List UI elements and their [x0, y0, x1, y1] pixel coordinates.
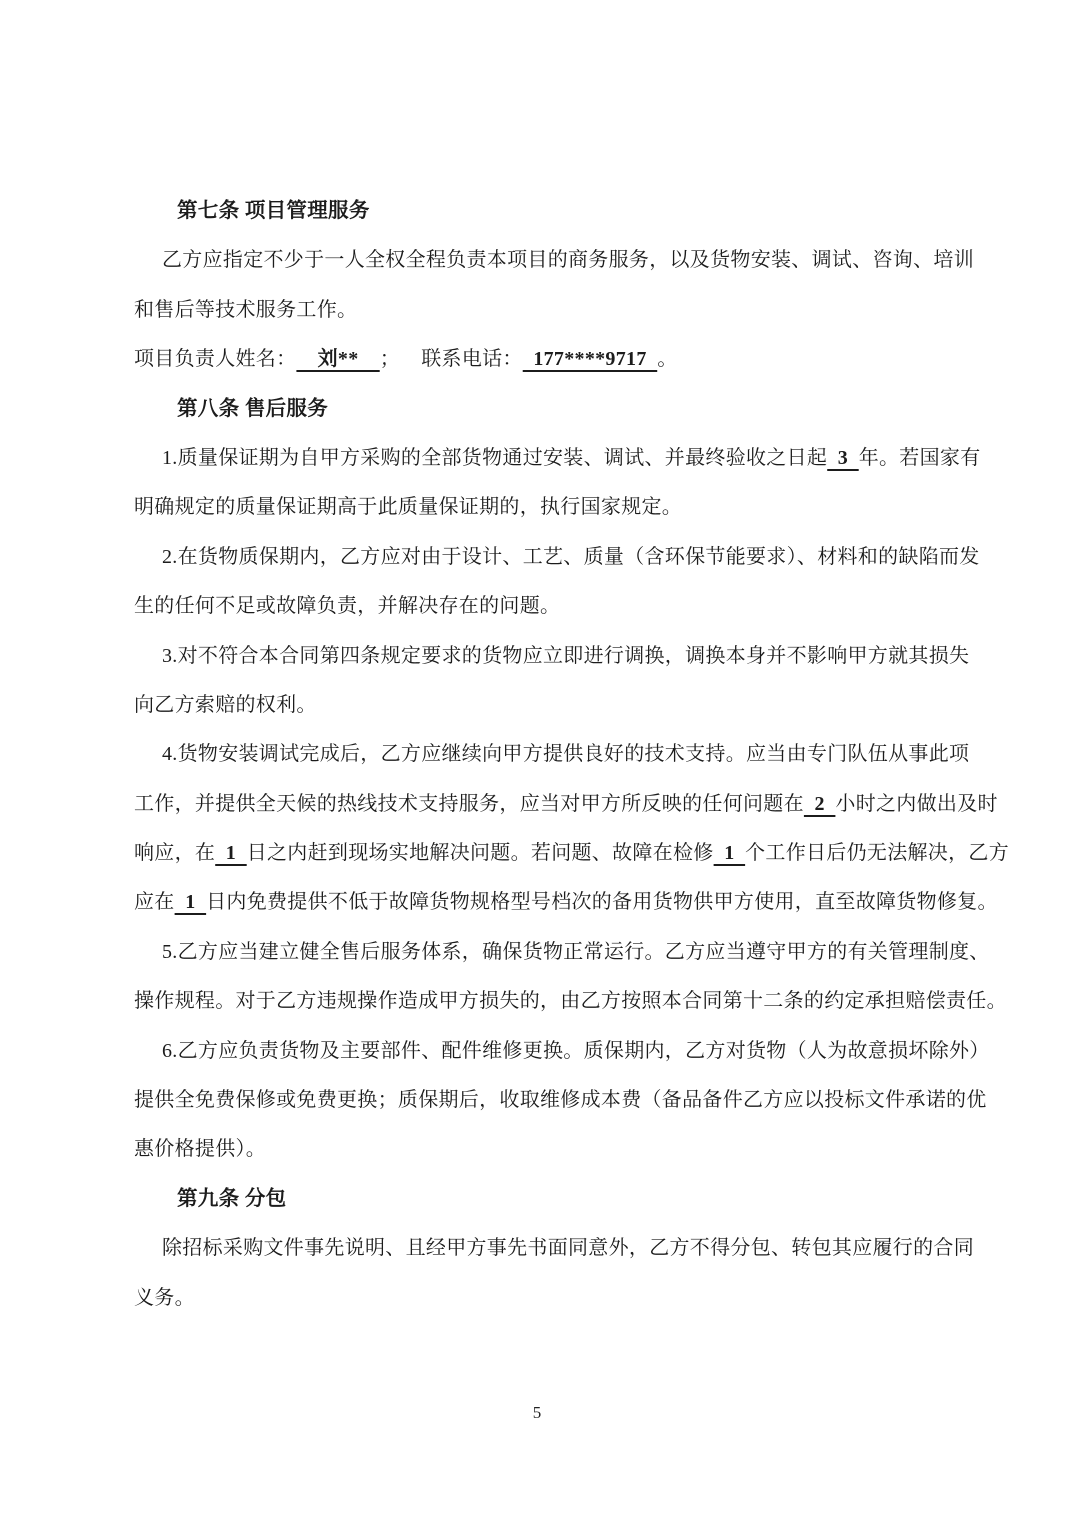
text-run: 1.质量保证期为自甲方采购的全部货物通过安装、调试、并最终验收之日起 [162, 447, 827, 469]
text-line: 3.对不符合本合同第四条规定要求的货物应立即进行调换，调换本身并不影响甲方就其损… [134, 632, 948, 681]
text-run: 小时之内做出及时 [835, 793, 997, 815]
text-line: 和售后等技术服务工作。 [134, 286, 948, 335]
section-heading: 第八条 售后服务 [134, 385, 948, 434]
text-line: 1.质量保证期为自甲方采购的全部货物通过安装、调试、并最终验收之日起 3 年。若… [134, 434, 948, 483]
text-line: 响应，在 1 日之内赶到现场实地解决问题。若问题、故障在检修 1 个工作日后仍无… [134, 829, 948, 878]
text-line: 除招标采购文件事先说明、且经甲方事先书面同意外，乙方不得分包、转包其应履行的合同 [134, 1224, 948, 1273]
text-line: 项目负责人姓名： 刘** ； 联系电话： 177****9717 。 [134, 335, 948, 384]
filled-blank: 1 [215, 842, 247, 864]
text-run: 2.在货物质保期内，乙方应对由于设计、工艺、质量（含环保节能要求）、材料和的缺陷… [162, 546, 980, 568]
text-run: 惠价格提供）。 [134, 1138, 266, 1160]
text-run: 年。若国家有 [859, 447, 981, 469]
text-line: 向乙方索赔的权利。 [134, 681, 948, 730]
filled-blank: 1 [714, 842, 746, 864]
text-run: 除招标采购文件事先说明、且经甲方事先书面同意外，乙方不得分包、转包其应履行的合同 [162, 1237, 974, 1259]
document-page: 第七条 项目管理服务乙方应指定不少于一人全权全程负责本项目的商务服务，以及货物安… [0, 0, 1074, 1520]
text-line: 6.乙方应负责货物及主要部件、配件维修更换。质保期内，乙方对货物（人为故意损坏除… [134, 1027, 948, 1076]
section-heading: 第七条 项目管理服务 [134, 187, 948, 236]
text-run: 第七条 项目管理服务 [177, 200, 370, 222]
text-run: 提供全免费保修或免费更换；质保期后，收取维修成本费（备品备件乙方应以投标文件承诺… [134, 1089, 987, 1111]
text-run: 操作规程。对于乙方违规操作造成甲方损失的，由乙方按照本合同第十二条的约定承担赔偿… [134, 990, 1007, 1012]
filled-blank: 177****9717 [523, 348, 658, 370]
text-line: 乙方应指定不少于一人全权全程负责本项目的商务服务，以及货物安装、调试、咨询、培训 [134, 236, 948, 285]
text-line: 工作，并提供全天候的热线技术支持服务，应当对甲方所反映的任何问题在 2 小时之内… [134, 780, 948, 829]
contract-text: 第七条 项目管理服务乙方应指定不少于一人全权全程负责本项目的商务服务，以及货物安… [134, 187, 948, 1323]
text-run: 义务。 [134, 1287, 195, 1309]
text-line: 生的任何不足或故障负责，并解决存在的问题。 [134, 582, 948, 631]
text-line: 明确规定的质量保证期高于此质量保证期的，执行国家规定。 [134, 483, 948, 532]
text-run: 项目负责人姓名： [134, 348, 296, 370]
text-line: 提供全免费保修或免费更换；质保期后，收取维修成本费（备品备件乙方应以投标文件承诺… [134, 1076, 948, 1125]
text-run: 6.乙方应负责货物及主要部件、配件维修更换。质保期内，乙方对货物（人为故意损坏除… [162, 1040, 990, 1062]
text-line: 应在 1 日内免费提供不低于故障货物规格型号档次的备用货物供甲方使用，直至故障货… [134, 878, 948, 927]
text-run: 和售后等技术服务工作。 [134, 299, 357, 321]
text-run: 5.乙方应当建立健全售后服务体系，确保货物正常运行。乙方应当遵守甲方的有关管理制… [162, 941, 990, 963]
filled-blank: 1 [175, 891, 207, 913]
text-run: 。 [657, 348, 677, 370]
text-run: 第八条 售后服务 [177, 398, 328, 420]
text-line: 4.货物安装调试完成后，乙方应继续向甲方提供良好的技术支持。应当由专门队伍从事此… [134, 730, 948, 779]
text-run: 4.货物安装调试完成后，乙方应继续向甲方提供良好的技术支持。应当由专门队伍从事此… [162, 743, 969, 765]
text-run: 日之内赶到现场实地解决问题。若问题、故障在检修 [247, 842, 714, 864]
text-run: 第九条 分包 [177, 1188, 286, 1210]
text-line: 2.在货物质保期内，乙方应对由于设计、工艺、质量（含环保节能要求）、材料和的缺陷… [134, 533, 948, 582]
text-run: 明确规定的质量保证期高于此质量保证期的，执行国家规定。 [134, 496, 682, 518]
text-run: 应在 [134, 891, 175, 913]
text-run: ； 联系电话： [380, 348, 523, 370]
filled-blank: 刘** [296, 348, 379, 370]
text-run: 日内免费提供不低于故障货物规格型号档次的备用货物供甲方使用，直至故障货物修复。 [206, 891, 998, 913]
text-run: 工作，并提供全天候的热线技术支持服务，应当对甲方所反映的任何问题在 [134, 793, 804, 815]
text-line: 惠价格提供）。 [134, 1125, 948, 1174]
filled-blank: 3 [827, 447, 859, 469]
text-run: 生的任何不足或故障负责，并解决存在的问题。 [134, 595, 560, 617]
text-line: 义务。 [134, 1274, 948, 1323]
page-footer: 5 [0, 1398, 1074, 1428]
section-heading: 第九条 分包 [134, 1175, 948, 1224]
text-run: 响应，在 [134, 842, 215, 864]
filled-blank: 2 [804, 793, 836, 815]
text-run: 3.对不符合本合同第四条规定要求的货物应立即进行调换，调换本身并不影响甲方就其损… [162, 645, 969, 667]
text-line: 操作规程。对于乙方违规操作造成甲方损失的，由乙方按照本合同第十二条的约定承担赔偿… [134, 977, 948, 1026]
page-number: 5 [533, 1403, 542, 1422]
text-run: 乙方应指定不少于一人全权全程负责本项目的商务服务，以及货物安装、调试、咨询、培训 [162, 249, 974, 271]
text-line: 5.乙方应当建立健全售后服务体系，确保货物正常运行。乙方应当遵守甲方的有关管理制… [134, 928, 948, 977]
text-run: 个工作日后仍无法解决，乙方 [745, 842, 1009, 864]
text-run: 向乙方索赔的权利。 [134, 694, 317, 716]
